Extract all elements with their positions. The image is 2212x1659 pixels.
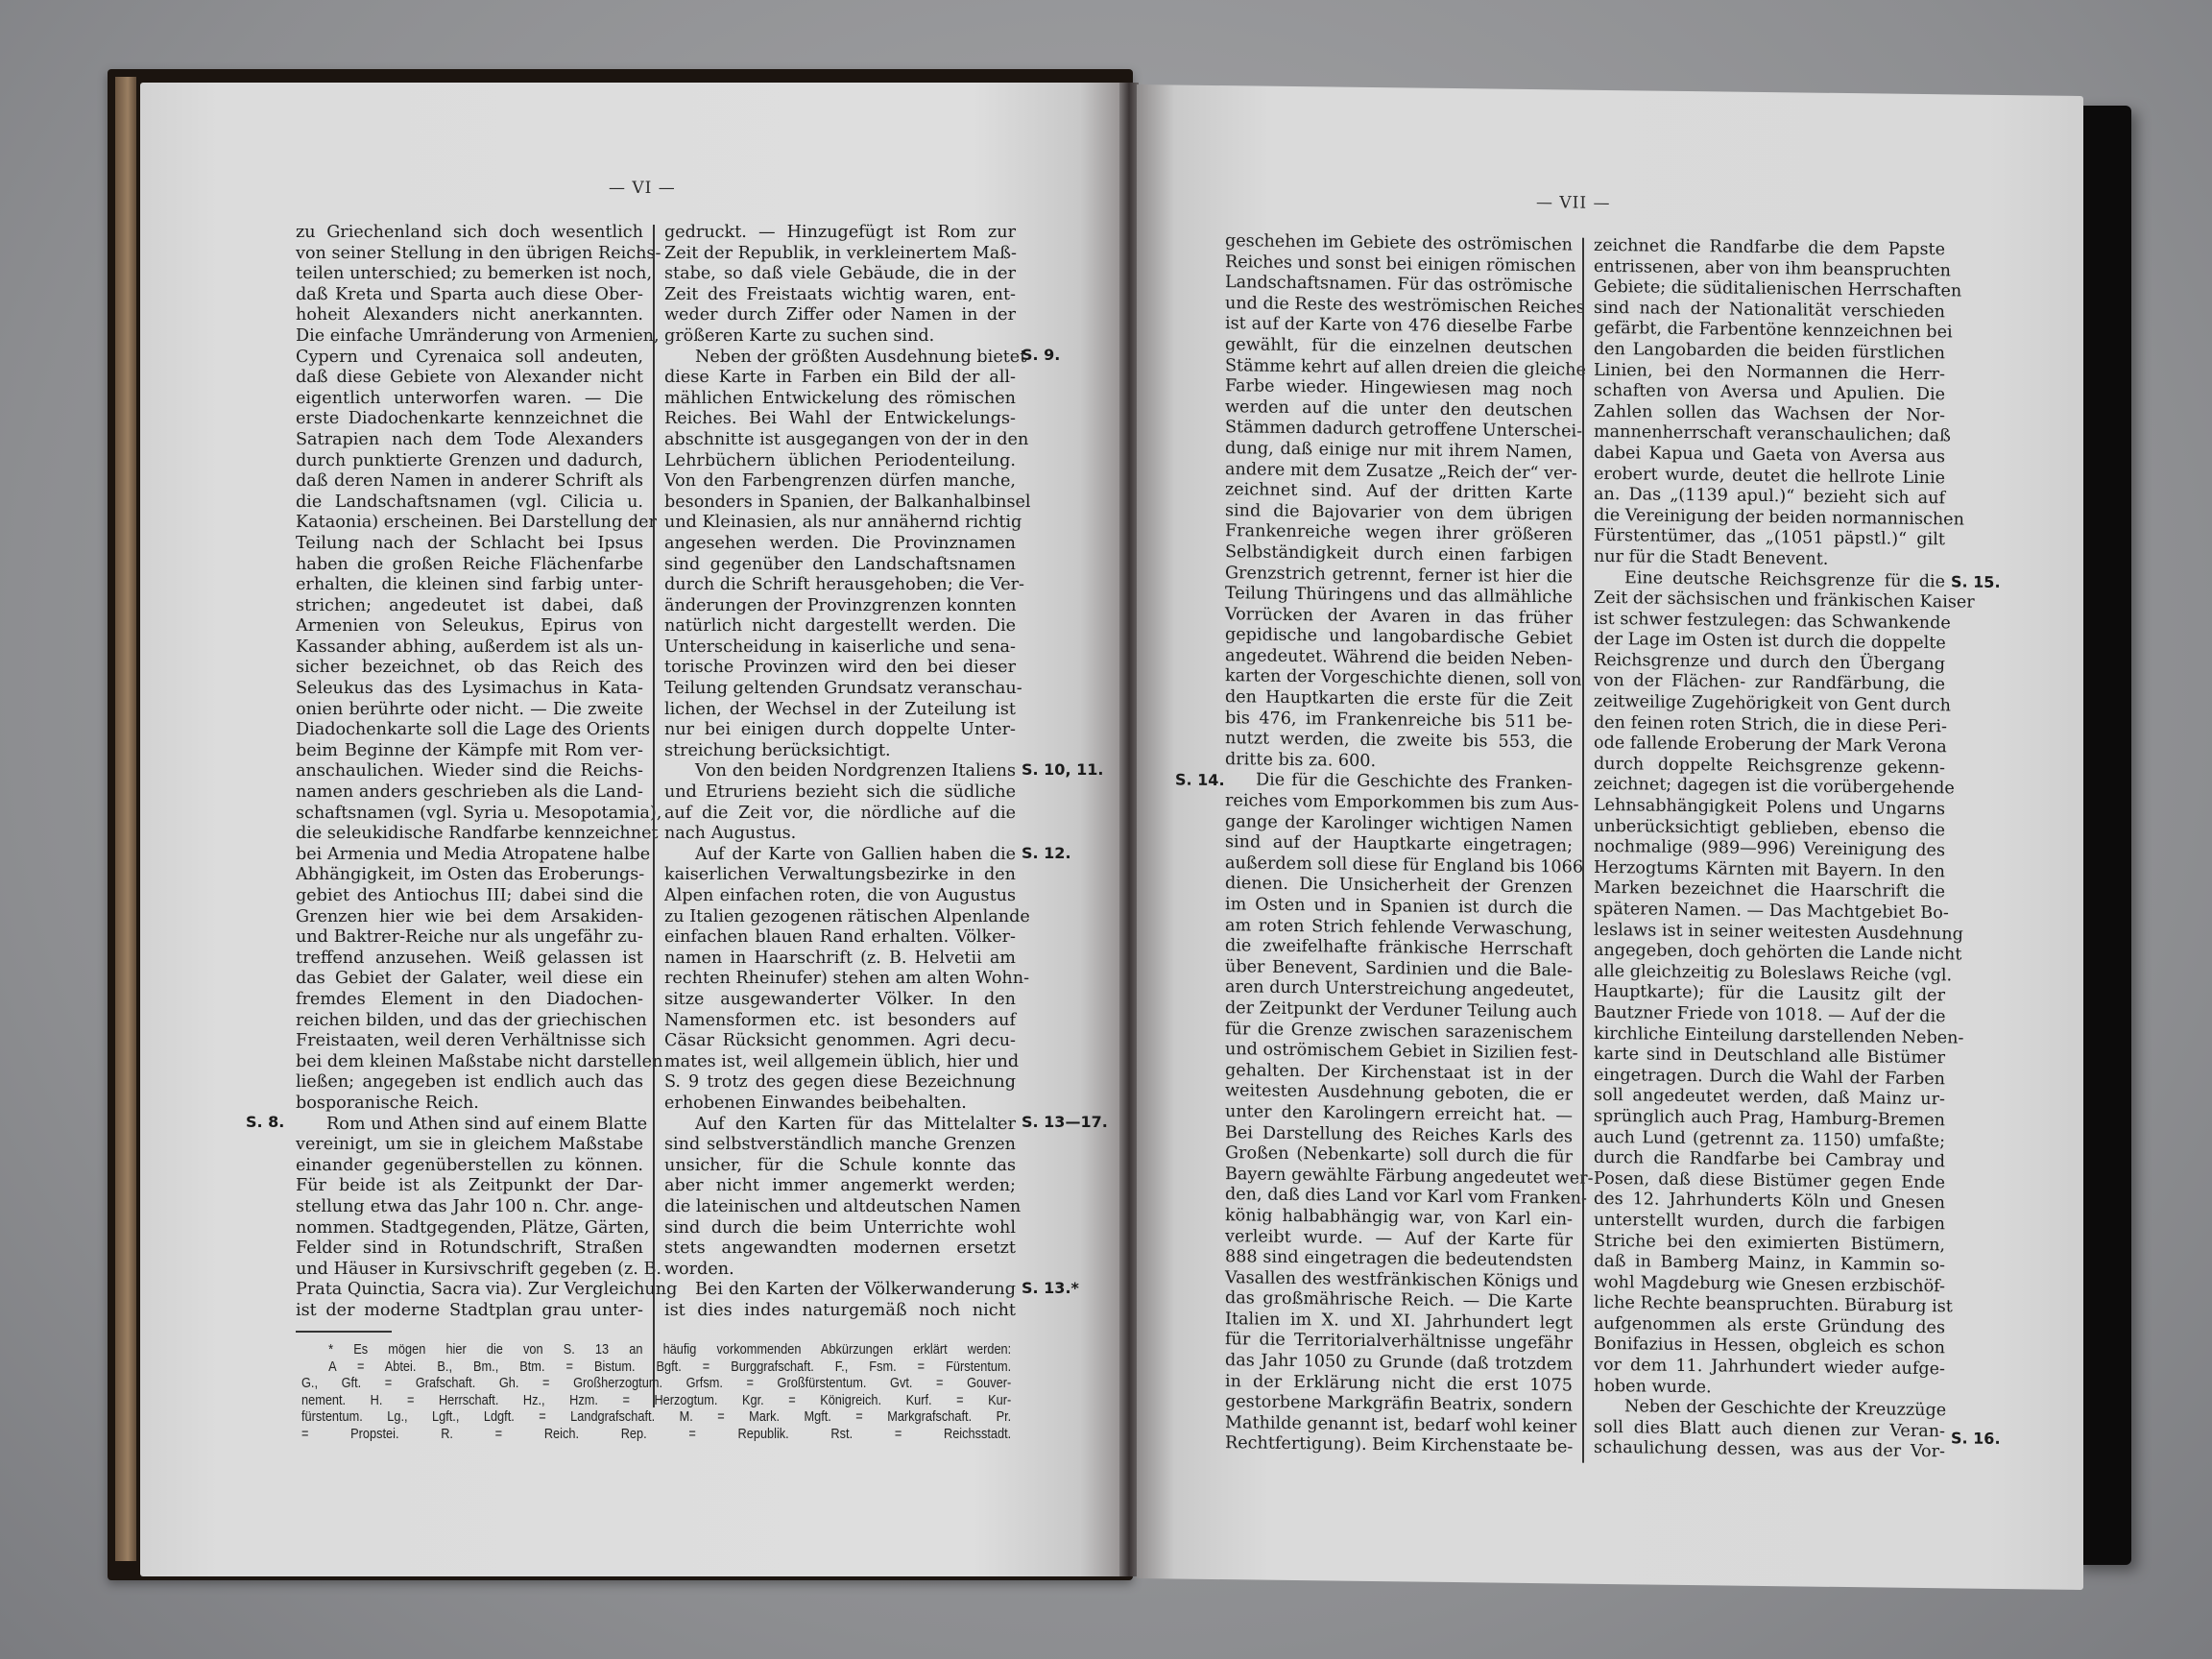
text-line: namen anders geschrieben als die Land- bbox=[296, 782, 643, 804]
text-line: Teilung nach der Schlacht bei Ipsus bbox=[296, 534, 643, 555]
text-line: sind gegenüber den Landschaftsnamen bbox=[664, 555, 1016, 576]
text-line: Diadochenkarte soll die Lage des Orients bbox=[296, 720, 643, 741]
right-page-column-2: zeichnet die Randfarbe die dem Papsteent… bbox=[1594, 236, 1945, 1464]
margin-note: S. 13—17. bbox=[1022, 1113, 1108, 1131]
text-line: ist dies indes naturgemäß noch nicht bbox=[664, 1301, 1016, 1322]
text-line: Zeit der Republik, in verkleinertem Maß- bbox=[664, 244, 1016, 265]
text-line: Prata Quinctia, Sacra via). Zur Vergleic… bbox=[296, 1280, 643, 1301]
text-line: Alpen einfachen roten, die von Augustus bbox=[664, 886, 1016, 907]
text-line: größeren Karte zu suchen sind. bbox=[664, 326, 1016, 348]
text-line: sitze ausgewanderter Völker. In den bbox=[664, 990, 1016, 1011]
text-line: strichen; angedeutet ist dabei, daß bbox=[296, 596, 643, 617]
text-line: Auf den Karten für das Mittelalter bbox=[664, 1115, 1016, 1136]
text-line: kaiserlichen Verwaltungsbezirke in den bbox=[664, 865, 1016, 886]
text-line: Rom und Athen sind auf einem Blatte bbox=[296, 1115, 643, 1136]
text-line: nement. H. = Herrschaft. Hz., Hzm. = Her… bbox=[301, 1393, 1011, 1410]
text-line: das Gebiet der Galater, weil diese ein bbox=[296, 969, 643, 990]
text-line: A = Abtei. B., Bm., Btm. = Bistum. Bgft.… bbox=[301, 1359, 1011, 1377]
text-line: Auf der Karte von Gallien haben die bbox=[664, 845, 1016, 866]
left-page: — VI — zu Griechenland sich doch wesentl… bbox=[140, 83, 1119, 1576]
text-line: Von den Farbengrenzen dürfen manche, bbox=[664, 471, 1016, 493]
margin-note: S. 10, 11. bbox=[1022, 760, 1103, 779]
text-line: Von den beiden Nordgrenzen Italiens bbox=[664, 761, 1016, 782]
text-line: sicher bezeichnet, ob das Reich des bbox=[296, 658, 643, 679]
text-line: Zeit des Freistaats wichtig waren, ent- bbox=[664, 285, 1016, 306]
text-line: sind selbstverständlich manche Grenzen bbox=[664, 1135, 1016, 1156]
text-line: vereinigt, um sie in gleichem Maßstabe bbox=[296, 1135, 643, 1156]
text-line: daß Kreta und Sparta auch diese Ober- bbox=[296, 285, 643, 306]
text-line: Cäsar Rücksicht genommen. Agri decu- bbox=[664, 1031, 1016, 1052]
text-line: Cypern und Cyrenaica soll andeuten, bbox=[296, 348, 643, 369]
text-line: rechten Rheinufer) stehen am alten Wohn- bbox=[664, 969, 1016, 990]
text-line: durch punktierte Grenzen und dadurch, bbox=[296, 451, 643, 472]
text-line: abschnitte ist ausgegangen von der in de… bbox=[664, 430, 1016, 451]
margin-note: S. 8. bbox=[246, 1113, 284, 1131]
text-line: Abhängigkeit, im Osten das Eroberungs- bbox=[296, 865, 643, 886]
text-line: S. 9 trotz des gegen diese Bezeichnung bbox=[664, 1072, 1016, 1094]
text-line: die lateinischen und altdeutschen Namen bbox=[664, 1197, 1016, 1218]
page-number-vi: — VI — bbox=[609, 179, 676, 198]
text-line: bei dem kleinen Maßstabe nicht darstelle… bbox=[296, 1052, 643, 1073]
text-line: nommen. Stadtgegenden, Plätze, Gärten, bbox=[296, 1218, 643, 1239]
text-line: Seleukus das des Lysimachus in Kata- bbox=[296, 679, 643, 700]
text-line: G., Gft. = Grafschaft. Gh. = Großherzogt… bbox=[301, 1376, 1011, 1393]
text-line: reichen bilden, und das der griechischen bbox=[296, 1011, 643, 1032]
text-line: und Baktrer-Reiche nur als ungefähr zu- bbox=[296, 927, 643, 949]
text-line: daß diese Gebiete von Alexander nicht bbox=[296, 368, 643, 389]
text-line: aber nicht immer angemerkt werden; bbox=[664, 1176, 1016, 1197]
text-line: fremdes Element in den Diadochen- bbox=[296, 990, 643, 1011]
text-line: * Es mögen hier die von S. 13 an häufig … bbox=[301, 1342, 1011, 1359]
margin-note: S. 15. bbox=[1951, 572, 2001, 591]
text-line: anschaulichen. Wieder sind die Reichs- bbox=[296, 761, 643, 782]
column-divider bbox=[1582, 238, 1584, 1463]
text-line: die seleukidische Randfarbe kennzeichnet bbox=[296, 824, 643, 845]
text-line: treffend anzusehen. Weiß gelassen ist bbox=[296, 949, 643, 970]
text-line: die Landschaftsnamen (vgl. Cilicia u. bbox=[296, 493, 643, 514]
text-line: mates ist, weil allgemein üblich, hier u… bbox=[664, 1052, 1016, 1073]
text-line: mählichen Entwickelung des römischen bbox=[664, 389, 1016, 410]
text-line: Neben der größten Ausdehnung bietet bbox=[664, 348, 1016, 369]
text-line: teilen unterschied; zu bemerken ist noch… bbox=[296, 264, 643, 285]
text-line: erhobenen Einwandes beibehalten. bbox=[664, 1094, 1016, 1115]
text-line: ließen; angegeben ist endlich auch das bbox=[296, 1072, 643, 1094]
text-line: fürstentum. Lg., Lgft., Ldgft. = Landgra… bbox=[301, 1409, 1011, 1427]
text-line: ist der moderne Stadtplan grau unter- bbox=[296, 1301, 643, 1322]
text-line: = Propstei. R. = Reich. Rep. = Republik.… bbox=[301, 1427, 1011, 1444]
text-line: Bei den Karten der Völkerwanderung bbox=[664, 1280, 1016, 1301]
text-line: Kassander abhing, außerdem ist als un- bbox=[296, 637, 643, 659]
left-page-column-1: zu Griechenland sich doch wesentlichvon … bbox=[296, 223, 643, 1321]
right-page-column-1: geschehen im Gebiete des oströmischenRei… bbox=[1225, 231, 1573, 1458]
text-line: stabe, so daß viele Gebäude, die in der bbox=[664, 264, 1016, 285]
text-line: nach Augustus. bbox=[664, 824, 1016, 845]
text-line: namen in Haarschrift (z. B. Helvetii am bbox=[664, 949, 1016, 970]
book-gutter bbox=[1119, 83, 1139, 1576]
text-line: lichen, der Wechsel in der Zuteilung ist bbox=[664, 700, 1016, 721]
text-line: Rechtfertigung). Beim Kirchenstaate be- bbox=[1225, 1434, 1573, 1459]
page-number-vii: — VII — bbox=[1536, 193, 1611, 213]
text-line: schaulichung dessen, was aus der Vor- bbox=[1594, 1438, 1945, 1463]
footnote-rule bbox=[296, 1331, 392, 1333]
text-line: erste Diadochenkarte kennzeichnet die bbox=[296, 409, 643, 430]
text-line: Die einfache Umränderung von Armenien, bbox=[296, 326, 643, 348]
text-line: torische Provinzen wird den bei dieser bbox=[664, 658, 1016, 679]
text-line: Lehrbüchern üblichen Periodenteilung. bbox=[664, 451, 1016, 472]
text-line: schaftsnamen (vgl. Syria u. Mesopotamia)… bbox=[296, 804, 643, 825]
text-line: besonders in Spanien, der Balkanhalbinse… bbox=[664, 493, 1016, 514]
left-page-column-2: gedruckt. — Hinzugefügt ist Rom zurZeit … bbox=[664, 223, 1016, 1321]
text-line: daß deren Namen in anderer Schrift als bbox=[296, 471, 643, 493]
text-line: eigentlich unterworfen waren. — Die bbox=[296, 389, 643, 410]
cover-edge bbox=[115, 77, 136, 1561]
text-line: weder durch Ziffer oder Namen in der bbox=[664, 305, 1016, 326]
text-line: und Kleinasien, als nur annähernd richti… bbox=[664, 513, 1016, 534]
text-line: diese Karte in Farben ein Bild der all- bbox=[664, 368, 1016, 389]
text-line: gebiet des Antiochus III; dabei sind die bbox=[296, 886, 643, 907]
text-line: Unterscheidung in kaiserliche und sena- bbox=[664, 637, 1016, 659]
margin-note: S. 9. bbox=[1022, 346, 1060, 364]
text-line: nur bei einigen durch doppelte Unter- bbox=[664, 720, 1016, 741]
text-line: unsicher, für die Schule konnte das bbox=[664, 1156, 1016, 1177]
text-line: worden. bbox=[664, 1260, 1016, 1281]
text-line: haben die großen Reiche Flächenfarbe bbox=[296, 555, 643, 576]
margin-note: S. 16. bbox=[1951, 1429, 2001, 1448]
text-line: bei Armenia und Media Atropatene halbe bbox=[296, 845, 643, 866]
text-line: sind durch die beim Unterrichte wohl bbox=[664, 1218, 1016, 1239]
text-line: änderungen der Provinzgrenzen konnten bbox=[664, 596, 1016, 617]
text-line: angesehen werden. Die Provinznamen bbox=[664, 534, 1016, 555]
text-line: stets angewandten modernen ersetzt bbox=[664, 1238, 1016, 1260]
text-line: Satrapien nach dem Tode Alexanders bbox=[296, 430, 643, 451]
text-line: hoheit Alexanders nicht anerkannten. bbox=[296, 305, 643, 326]
text-line: Für beide ist als Zeitpunkt der Dar- bbox=[296, 1176, 643, 1197]
margin-note: S. 14. bbox=[1175, 770, 1225, 789]
text-line: Teilung geltenden Grundsatz veranschau- bbox=[664, 679, 1016, 700]
text-line: zu Griechenland sich doch wesentlich bbox=[296, 223, 643, 244]
text-line: zu Italien gezogenen rätischen Alpenland… bbox=[664, 907, 1016, 928]
text-line: bosporanische Reich. bbox=[296, 1094, 643, 1115]
text-line: beim Beginne der Kämpfe mit Rom ver- bbox=[296, 741, 643, 762]
text-line: einander gegenüberstellen zu können. bbox=[296, 1156, 643, 1177]
column-divider bbox=[653, 225, 655, 1407]
text-line: und Etruriens bezieht sich die südliche bbox=[664, 782, 1016, 804]
text-line: Freistaaten, weil deren Verhältnisse sic… bbox=[296, 1031, 643, 1052]
margin-note: S. 12. bbox=[1022, 844, 1071, 862]
text-line: erhalten, die kleinen sind farbig unter- bbox=[296, 575, 643, 596]
text-line: onien berührte oder nicht. — Die zweite bbox=[296, 700, 643, 721]
footnote-abbreviations: * Es mögen hier die von S. 13 an häufig … bbox=[301, 1342, 1011, 1443]
text-line: Reiches. Bei Wahl der Entwickelungs- bbox=[664, 409, 1016, 430]
margin-note: S. 13.* bbox=[1022, 1279, 1079, 1297]
text-line: Grenzen hier wie bei dem Arsakiden- bbox=[296, 907, 643, 928]
text-line: stellung etwa das Jahr 100 n. Chr. ange- bbox=[296, 1197, 643, 1218]
text-line: durch die Schrift herausgehoben; die Ver… bbox=[664, 575, 1016, 596]
text-line: streichung berücksichtigt. bbox=[664, 741, 1016, 762]
text-line: Felder sind in Rotundschrift, Straßen bbox=[296, 1238, 643, 1260]
text-line: auf die Zeit vor, die nördliche auf die bbox=[664, 804, 1016, 825]
text-line: Kataonia) erscheinen. Bei Darstellung de… bbox=[296, 513, 643, 534]
right-page: — VII — geschehen im Gebiete des oströmi… bbox=[1137, 84, 2083, 1590]
text-line: und Häuser in Kursivschrift gegeben (z. … bbox=[296, 1260, 643, 1281]
text-line: Namensformen etc. ist besonders auf bbox=[664, 1011, 1016, 1032]
text-line: natürlich nicht dargestellt werden. Die bbox=[664, 616, 1016, 637]
text-line: Armenien von Seleukus, Epirus von bbox=[296, 616, 643, 637]
text-line: gedruckt. — Hinzugefügt ist Rom zur bbox=[664, 223, 1016, 244]
text-line: von seiner Stellung in den übrigen Reich… bbox=[296, 244, 643, 265]
text-line: einfachen blauen Rand erhalten. Völker- bbox=[664, 927, 1016, 949]
